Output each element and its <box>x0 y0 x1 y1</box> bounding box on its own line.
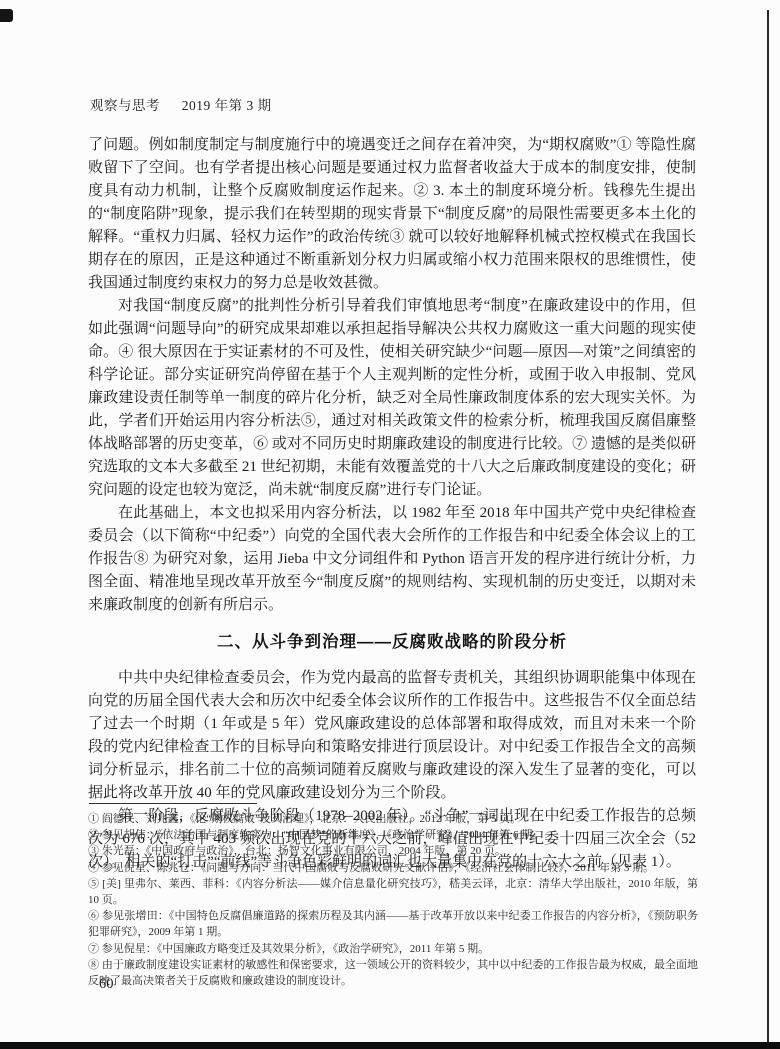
scan-edge-right <box>767 10 769 1042</box>
scan-edge-bottom <box>0 1042 780 1049</box>
scan-artifact-topleft <box>0 9 13 22</box>
scanned-journal-page: 观察与思考 2019 年第 3 期 了问题。例如制度制定与制度施行中的境遇变迁之… <box>0 0 780 1049</box>
section-heading: 二、从斗争到治理——反腐败战略的阶段分析 <box>88 631 696 654</box>
footnote-8: ⑧ 由于廉政制度建设实证素材的敏感性和保密要求，这一领域公开的资料较少，其中以中… <box>88 957 698 989</box>
footnotes-block: ① 阎德民、刘兆鑫：《论“期权腐败”及其治理》，北京：人民出版社，2012 年版… <box>88 811 698 989</box>
body-paragraph-2: 对我国“制度反腐”的批判性分析引导着我们审慎地思考“制度”在廉政建设中的作用，但… <box>88 295 696 502</box>
footnote-4: ④ 参见倪星、陈兆仓：《问题与方向：当代中国腐败与反腐败研究文献评估》，《经济社… <box>88 860 698 876</box>
body-paragraph-3: 在此基础上，本文也拟采用内容分析法，以 1982 年至 2018 年中国共产党中… <box>88 502 696 617</box>
article-body: 了问题。例如制度制定与制度施行中的境遇变迁之间存在着冲突，为“期权腐败”① 等隐… <box>88 134 696 874</box>
page-number: 60 <box>99 976 114 993</box>
footnote-7: ⑦ 参见倪星：《中国廉政方略变迁及其效果分析》，《政治学研究》，2011 年第 … <box>88 941 698 957</box>
journal-header: 观察与思考 2019 年第 3 期 <box>90 94 272 114</box>
body-paragraph-4: 中共中央纪律检查委员会，作为党内最高的监督专责机关，其组织协调职能集中体现在向党… <box>88 667 696 805</box>
footnote-6: ⑥ 参见张增田：《中国特色反腐倡廉道路的探索历程及其内涵——基于改革开放以来中纪… <box>88 908 698 940</box>
footnote-2: ② 参见胡伟：《依法治国与制度软实力：“中国梦”的新维度》，《政治学研究》，20… <box>88 827 698 843</box>
footnote-1: ① 阎德民、刘兆鑫：《论“期权腐败”及其治理》，北京：人民出版社，2012 年版… <box>88 811 698 827</box>
footnote-separator <box>89 803 257 804</box>
footnote-3: ③ 朱光磊：《中国政府与政治》，台北：扬智文化事业有限公司，2004 年版，第 … <box>88 843 698 859</box>
body-paragraph-1: 了问题。例如制度制定与制度施行中的境遇变迁之间存在着冲突，为“期权腐败”① 等隐… <box>88 134 696 295</box>
footnote-5: ⑤ [美] 里弗尔、莱西、菲科：《内容分析法——媒介信息量化研究技巧》，嵇美云译… <box>88 876 698 908</box>
